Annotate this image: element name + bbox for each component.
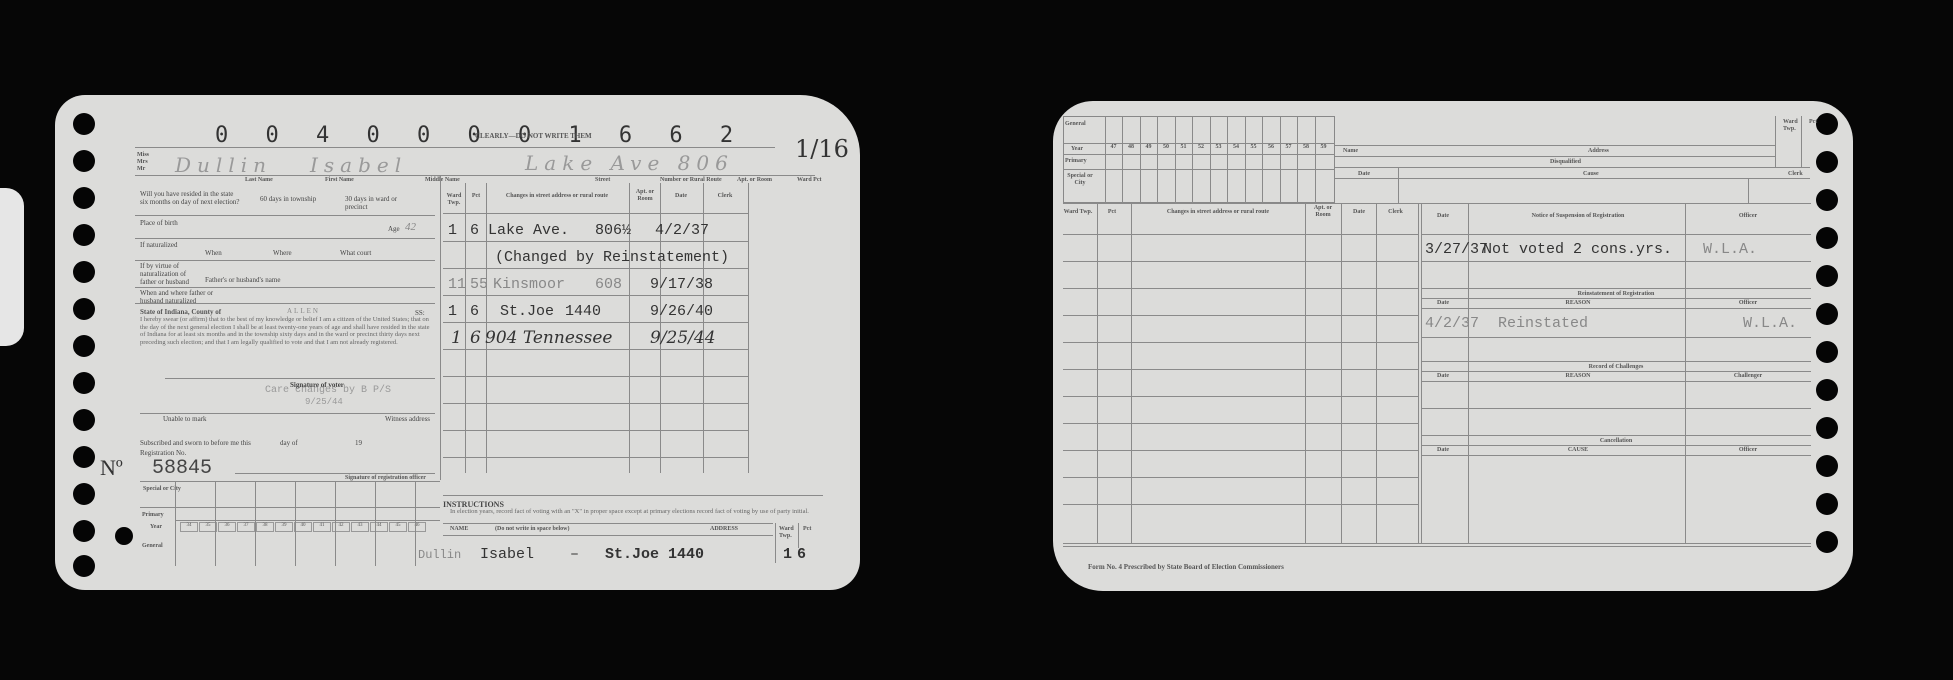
street-value: Lake Ave 806 [525,151,734,175]
where-label: Where [273,249,292,257]
footer-last-name: Dullin [418,548,461,562]
col-header-ward: Ward Twp. [443,193,465,207]
when-label: When [205,249,222,257]
year-cell: 34 [180,522,198,532]
year-cell: 40 [294,522,312,532]
cause-label: Cause [1583,171,1599,178]
row-number: 608 [595,276,622,293]
row-ward: 1 [448,303,457,320]
footer-pct: 6 [797,546,806,563]
reinstatement-header-date: Date [1423,300,1463,307]
year-cell: 58 [1298,144,1315,151]
year-cell: 39 [275,522,293,532]
year-cell: 55 [1245,144,1262,151]
suspension-date: 3/27/37 [1425,241,1488,258]
challenges-header-challenger: Challenger [1693,373,1803,380]
county-value: ALLEN [287,307,320,315]
signature-voter-label: Signature of voter [290,381,344,389]
punch-hole [73,483,95,505]
col-header-pct: Pct [467,193,485,200]
year-cell: 43 [351,522,369,532]
fathers-name-label: Father's or husband's name [205,276,280,284]
row-pct: 6 [470,303,479,320]
footer-ward: 1 [783,546,792,563]
by-virtue-label: If by virtue of naturalization of father… [140,262,200,286]
footer-address: St.Joe 1440 [605,546,704,563]
name-label: Name [1343,148,1358,155]
grid-label-year: Year [1071,146,1083,153]
unable-to-mark-label: Unable to mark [163,415,207,423]
place-of-birth-label: Place of birth [140,219,180,227]
year-cell: 49 [1140,144,1157,151]
year-cell: 52 [1193,144,1210,151]
do-not-write-label: (Do not write in space below) [495,526,570,533]
row-address: Lake Ave. [488,222,569,239]
vote-grid-back [1063,116,1335,203]
ward-twp-label: Ward Twp. [1783,119,1803,133]
signature-stamp-date: 9/25/44 [305,397,343,407]
punch-hole [1816,417,1838,439]
row-ward: 11 [448,276,466,293]
punch-hole [1816,493,1838,515]
punch-hole [1816,341,1838,363]
grid-label-year: Year [150,524,162,531]
row-pct: 6 [470,222,479,239]
year-cell: 41 [313,522,331,532]
year-cell: 46 [408,522,426,532]
row-address: Kinsmoor [493,276,565,293]
days-ward-label: 30 days in ward or precinct [345,195,415,211]
year-cell: 56 [1263,144,1280,151]
salutation: Miss Mrs Mr [137,152,155,173]
grid-label-primary: Primary [142,512,164,519]
subscribed-label: Subscribed and sworn to before me this [140,439,251,447]
col-header-clerk: Clerk [1378,209,1413,216]
resided-state-label: Will you have resided in the state six m… [140,190,240,206]
reinstatement-header-reason: REASON [1473,300,1683,307]
suspension-header-date: Date [1423,213,1463,220]
row-date: 9/17/38 [650,276,713,293]
col-header-ward: Ward Twp. [1063,209,1093,216]
punch-hole [73,113,95,135]
year-cell: 44 [370,522,388,532]
punch-hole [73,372,95,394]
punch-hole [73,187,95,209]
reinstatement-date: 4/2/37 [1425,315,1479,332]
col-header-apt: Apt. or Room [631,189,659,203]
challenges-title: Record of Challenges [1421,364,1811,371]
punch-hole [1816,455,1838,477]
punch-hole [73,446,95,468]
name-label: NAME [450,526,468,533]
reinstatement-reason: Reinstated [1498,315,1588,332]
punch-hole [73,555,95,577]
scan-artifact [0,188,24,346]
row-pct: 55 [470,276,488,293]
state-oath-title: State of Indiana, County of [140,308,221,316]
reinstatement-title: Reinstatement of Registration [1421,291,1811,298]
naturalized-label: If naturalized [140,241,190,249]
row-ward: 1 [451,328,462,348]
grid-label-special: Special or City [142,486,182,493]
registration-card-front: 0 0 4 0 0 0 0 1 6 6 2 CLEARLY—DO NOT WRI… [55,95,860,590]
col-header-pct: Pct [1098,209,1126,216]
punch-hole [115,527,133,545]
punch-hole [73,335,95,357]
day-of-label: day of [280,439,298,447]
row-pct: 6 [470,328,481,348]
registration-card-back: General Year Primary Special or City 47 … [1053,101,1853,591]
registration-no-label: Registration No. [140,449,186,457]
col-header-date: Date [661,193,701,200]
ward-pct-handwritten: 1/16 [795,135,849,163]
year-cell: 50 [1158,144,1175,151]
form-footer: Form No. 4 Prescribed by State Board of … [1088,563,1284,571]
suspension-officer: W.L.A. [1703,241,1757,258]
registration-number: 58845 [152,457,212,480]
cancellation-header-cause: CAUSE [1473,447,1683,454]
footer-first-name: Isabel [480,546,534,563]
ward-label: Ward Twp. [779,526,797,540]
oath-text: I hereby swear (or affirm) that to the b… [140,316,430,346]
cancellation-header-date: Date [1423,447,1463,454]
punch-hole [1816,151,1838,173]
punch-hole [1816,227,1838,249]
witness-address-label: Witness address [385,415,430,423]
age-label: Age [388,225,400,233]
suspension-header-notice: Notice of Suspension of Registration [1473,213,1683,220]
date-label: Date [1358,171,1370,178]
punch-hole [1816,531,1838,553]
punch-hole [1816,189,1838,211]
punch-hole [73,150,95,172]
row-address: St.Joe [500,303,554,320]
punch-hole [73,261,95,283]
year-cell: 37 [237,522,255,532]
reinstatement-officer: W.L.A. [1743,315,1797,332]
row-number: 1440 [565,303,601,320]
first-name-value: Isabel [310,153,407,177]
suspension-header-officer: Officer [1693,213,1803,220]
row-date: 4/2/37 [655,222,709,239]
col-header-address: Changes in street address or rural route [1133,209,1303,216]
col-header-date: Date [1343,209,1375,216]
col-header-clerk: Clerk [705,193,745,200]
age-value: 42 [405,221,416,233]
days-township-label: 60 days in township [260,195,330,203]
suspension-notice: Not voted 2 cons.yrs. [1483,241,1672,258]
cancellation-title: Cancellation [1421,438,1811,445]
pct-label: Pct [803,526,811,533]
year-cell: 51 [1175,144,1192,151]
col-header-apt: Apt. or Room [1308,205,1338,219]
cancellation-header-officer: Officer [1693,447,1803,454]
row-ward: 1 [448,222,457,239]
punch-hole [73,224,95,246]
row-address: 904 Tennessee [485,328,612,348]
year-cell: 54 [1228,144,1245,151]
reinstatement-header-officer: Officer [1693,300,1803,307]
col-header-address: Changes in street address or rural route [487,193,627,200]
year-cell: 59 [1315,144,1332,151]
year-cell: 38 [256,522,274,532]
row-number: 806½ [595,222,631,239]
grid-label-primary: Primary [1065,158,1087,165]
year-cell: 36 [218,522,236,532]
punch-hole [1816,265,1838,287]
no-symbol: Nº [100,455,123,481]
year-cell: 53 [1210,144,1227,151]
row-address: (Changed by Reinstatement) [495,249,729,266]
address-label: ADDRESS [710,526,738,533]
row-date: 9/25/44 [650,328,716,348]
punch-hole [73,520,95,542]
year-row: 34 35 36 37 38 39 40 41 42 43 44 45 46 [180,522,435,532]
year-cell: 48 [1123,144,1140,151]
punch-hole [73,409,95,431]
punch-hole [73,298,95,320]
grid-label-general: General [142,543,163,550]
challenges-header-reason: REASON [1473,373,1683,380]
grid-label-special: Special or City [1065,173,1095,187]
first-name-label: First Name [325,177,354,184]
disqualified-label: Disqualified [1550,159,1581,166]
punch-hole [1816,113,1838,135]
year-prefix: 19 [355,439,362,447]
year-cell: 45 [389,522,407,532]
clerk-label: Clerk [1788,171,1803,178]
year-cell: 47 [1105,144,1122,151]
last-name-value: Dullin [175,153,272,177]
last-name-label: Last Name [245,177,273,184]
grid-label-general: General [1065,121,1086,128]
punch-hole [1816,303,1838,325]
pct-label: Pct [1809,119,1817,126]
row-date: 9/26/40 [650,303,713,320]
challenges-header-date: Date [1423,373,1463,380]
footer-dash: – [570,546,579,563]
year-cell: 57 [1280,144,1297,151]
instructions-text: In election years, record fact of voting… [450,508,815,516]
header-instruction: CLEARLY—DO NOT WRITE THEM [475,133,592,140]
what-court-label: What court [340,249,371,257]
punch-hole [1816,379,1838,401]
address-label: Address [1588,148,1609,155]
